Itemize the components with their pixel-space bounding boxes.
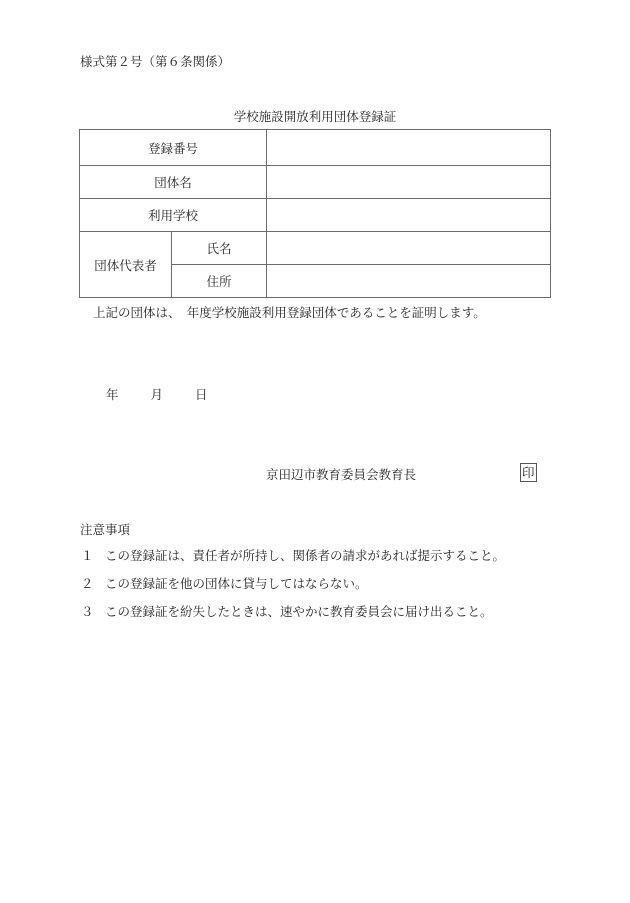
rep-address-label: 住所 [172, 265, 267, 298]
table-row: 登録番号 [80, 130, 551, 166]
issuer-name: 京田辺市教育委員会教育長 [266, 465, 416, 483]
date-year: 年 [106, 385, 119, 403]
rep-name-value[interactable] [267, 232, 551, 265]
note-number: １ [81, 546, 105, 564]
representative-label: 団体代表者 [80, 232, 172, 298]
seal-mark: 印 [520, 463, 537, 482]
note-item: ３この登録証を紛失したときは、速やかに教育委員会に届け出ること。 [81, 602, 493, 620]
rep-address-value[interactable] [267, 265, 551, 298]
note-item: ２この登録証を他の団体に貸与してはならない。 [81, 574, 368, 592]
note-number: ３ [81, 602, 105, 620]
note-number: ２ [81, 574, 105, 592]
rep-name-label: 氏名 [172, 232, 267, 265]
registration-table: 登録番号 団体名 利用学校 団体代表者 氏名 住所 [79, 129, 551, 298]
note-text: この登録証は、責任者が所持し、関係者の請求があれば提示すること。 [105, 548, 505, 563]
note-text: この登録証を他の団体に貸与してはならない。 [105, 576, 368, 591]
document-title: 学校施設開放利用団体登録証 [0, 107, 630, 125]
date-month: 月 [151, 385, 164, 403]
form-number-label: 様式第２号（第６条関係） [80, 52, 230, 70]
note-text: この登録証を紛失したときは、速やかに教育委員会に届け出ること。 [105, 604, 493, 619]
notes-heading: 注意事項 [80, 520, 130, 538]
school-value[interactable] [267, 199, 551, 232]
group-name-value[interactable] [267, 166, 551, 199]
date-line: 年月日 [106, 385, 208, 403]
registration-number-label: 登録番号 [80, 130, 267, 166]
group-name-label: 団体名 [80, 166, 267, 199]
table-row: 団体名 [80, 166, 551, 199]
table-row: 利用学校 [80, 199, 551, 232]
school-label: 利用学校 [80, 199, 267, 232]
date-day: 日 [195, 385, 208, 403]
registration-number-value[interactable] [267, 130, 551, 166]
note-item: １この登録証は、責任者が所持し、関係者の請求があれば提示すること。 [81, 546, 505, 564]
certification-text: 上記の団体は、 年度学校施設利用登録団体であることを証明します。 [93, 303, 486, 321]
table-row: 団体代表者 氏名 [80, 232, 551, 265]
